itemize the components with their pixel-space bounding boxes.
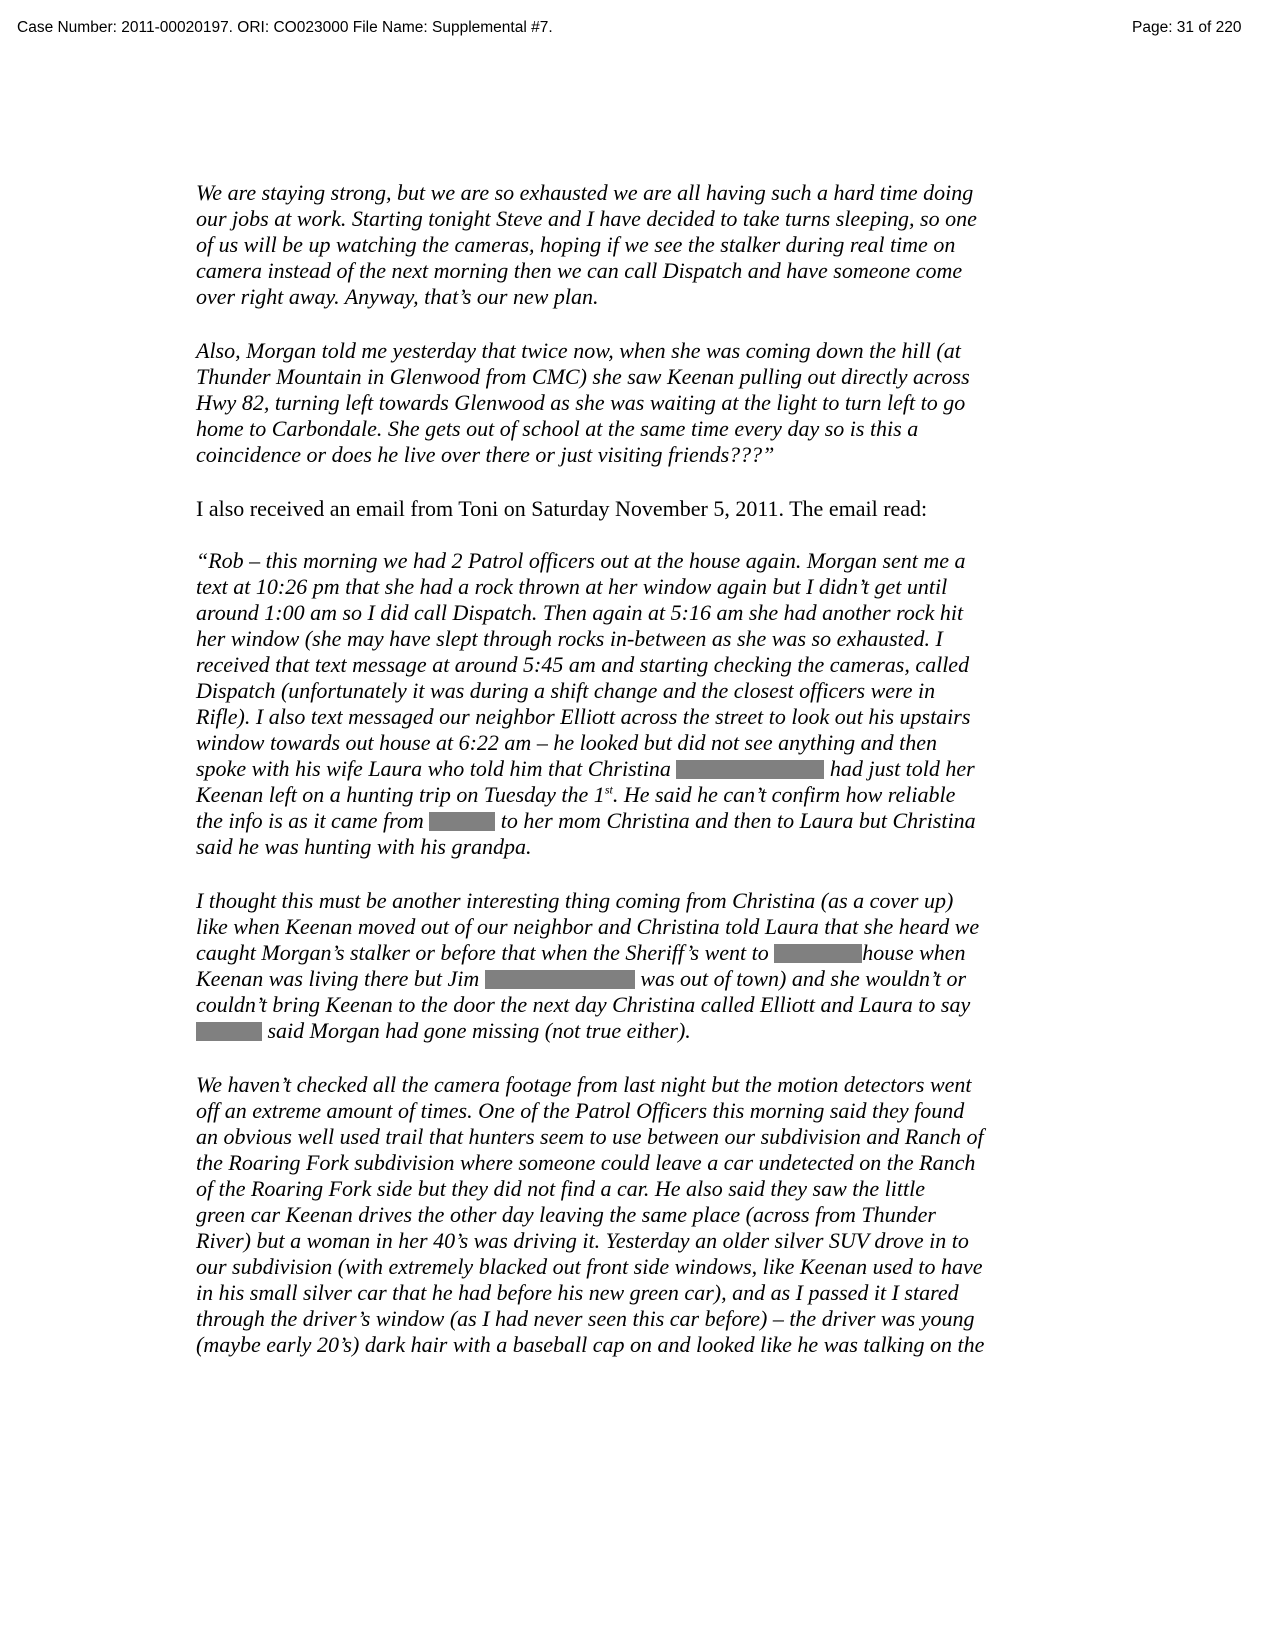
case-header: Case Number: 2011-00020197. ORI: CO02300… bbox=[17, 19, 553, 37]
text-segment: to her mom Christina and then to Laura b… bbox=[495, 808, 975, 833]
text-line: spoke with his wife Laura who told him t… bbox=[196, 756, 975, 782]
text-segment: had just told her bbox=[824, 756, 974, 781]
text-line: our jobs at work. Starting tonight Steve… bbox=[196, 206, 977, 232]
text-line: text at 10:26 pm that she had a rock thr… bbox=[196, 574, 947, 600]
text-line: “Rob – this morning we had 2 Patrol offi… bbox=[196, 548, 966, 574]
text-line: received that text message at around 5:4… bbox=[196, 652, 969, 678]
text-line: window towards out house at 6:22 am – he… bbox=[196, 730, 937, 756]
text-line: of the Roaring Fork side but they did no… bbox=[196, 1176, 925, 1202]
redaction-box bbox=[196, 1022, 262, 1041]
text-segment: Keenan was living there but Jim bbox=[196, 966, 485, 991]
text-line: I thought this must be another interesti… bbox=[196, 888, 953, 914]
text-line: over right away. Anyway, that’s our new … bbox=[196, 284, 599, 310]
text-line: Keenan left on a hunting trip on Tuesday… bbox=[196, 782, 955, 808]
text-line: green car Keenan drives the other day le… bbox=[196, 1202, 936, 1228]
text-line: through the driver’s window (as I had ne… bbox=[196, 1306, 974, 1332]
superscript: st bbox=[605, 783, 613, 797]
text-line: coincidence or does he live over there o… bbox=[196, 442, 774, 468]
text-line: caught Morgan’s stalker or before that w… bbox=[196, 940, 966, 966]
text-line: an obvious well used trail that hunters … bbox=[196, 1124, 984, 1150]
text-segment: caught Morgan’s stalker or before that w… bbox=[196, 940, 774, 965]
text-line: in his small silver car that he had befo… bbox=[196, 1280, 959, 1306]
text-line: our subdivision (with extremely blacked … bbox=[196, 1254, 983, 1280]
page-number: Page: 31 of 220 bbox=[1132, 19, 1241, 37]
text-line: the info is as it came from to her mom C… bbox=[196, 808, 976, 834]
text-segment: was out of town) and she wouldn’t or bbox=[635, 966, 966, 991]
redaction-box bbox=[485, 970, 635, 989]
text-line: her window (she may have slept through r… bbox=[196, 626, 943, 652]
redaction-box bbox=[774, 944, 862, 963]
text-line: I also received an email from Toni on Sa… bbox=[196, 496, 927, 522]
redaction-box bbox=[429, 812, 495, 831]
text-line: like when Keenan moved out of our neighb… bbox=[196, 914, 979, 940]
text-line: home to Carbondale. She gets out of scho… bbox=[196, 416, 918, 442]
text-line: off an extreme amount of times. One of t… bbox=[196, 1098, 964, 1124]
text-line: around 1:00 am so I did call Dispatch. T… bbox=[196, 600, 963, 626]
text-line: Dispatch (unfortunately it was during a … bbox=[196, 678, 935, 704]
text-line: Keenan was living there but Jim was out … bbox=[196, 966, 966, 992]
text-segment: Keenan left on a hunting trip on Tuesday… bbox=[196, 782, 605, 807]
text-line: We haven’t checked all the camera footag… bbox=[196, 1072, 972, 1098]
text-segment: said Morgan had gone missing (not true e… bbox=[262, 1018, 691, 1043]
text-segment: house when bbox=[862, 940, 965, 965]
text-line: Hwy 82, turning left towards Glenwood as… bbox=[196, 390, 965, 416]
text-line: River) but a woman in her 40’s was drivi… bbox=[196, 1228, 969, 1254]
text-line: the Roaring Fork subdivision where someo… bbox=[196, 1150, 975, 1176]
text-line: Rifle). I also text messaged our neighbo… bbox=[196, 704, 970, 730]
text-segment: . He said he can’t confirm how reliable bbox=[613, 782, 956, 807]
redaction-box bbox=[676, 760, 824, 779]
text-line: camera instead of the next morning then … bbox=[196, 258, 962, 284]
text-line: Thunder Mountain in Glenwood from CMC) s… bbox=[196, 364, 970, 390]
text-line: said he was hunting with his grandpa. bbox=[196, 834, 532, 860]
text-line: (maybe early 20’s) dark hair with a base… bbox=[196, 1332, 984, 1358]
text-segment: the info is as it came from bbox=[196, 808, 429, 833]
text-line: said Morgan had gone missing (not true e… bbox=[196, 1018, 691, 1044]
text-line: of us will be up watching the cameras, h… bbox=[196, 232, 955, 258]
text-line: couldn’t bring Keenan to the door the ne… bbox=[196, 992, 970, 1018]
text-line: We are staying strong, but we are so exh… bbox=[196, 180, 973, 206]
text-segment: spoke with his wife Laura who told him t… bbox=[196, 756, 676, 781]
text-line: Also, Morgan told me yesterday that twic… bbox=[196, 338, 961, 364]
